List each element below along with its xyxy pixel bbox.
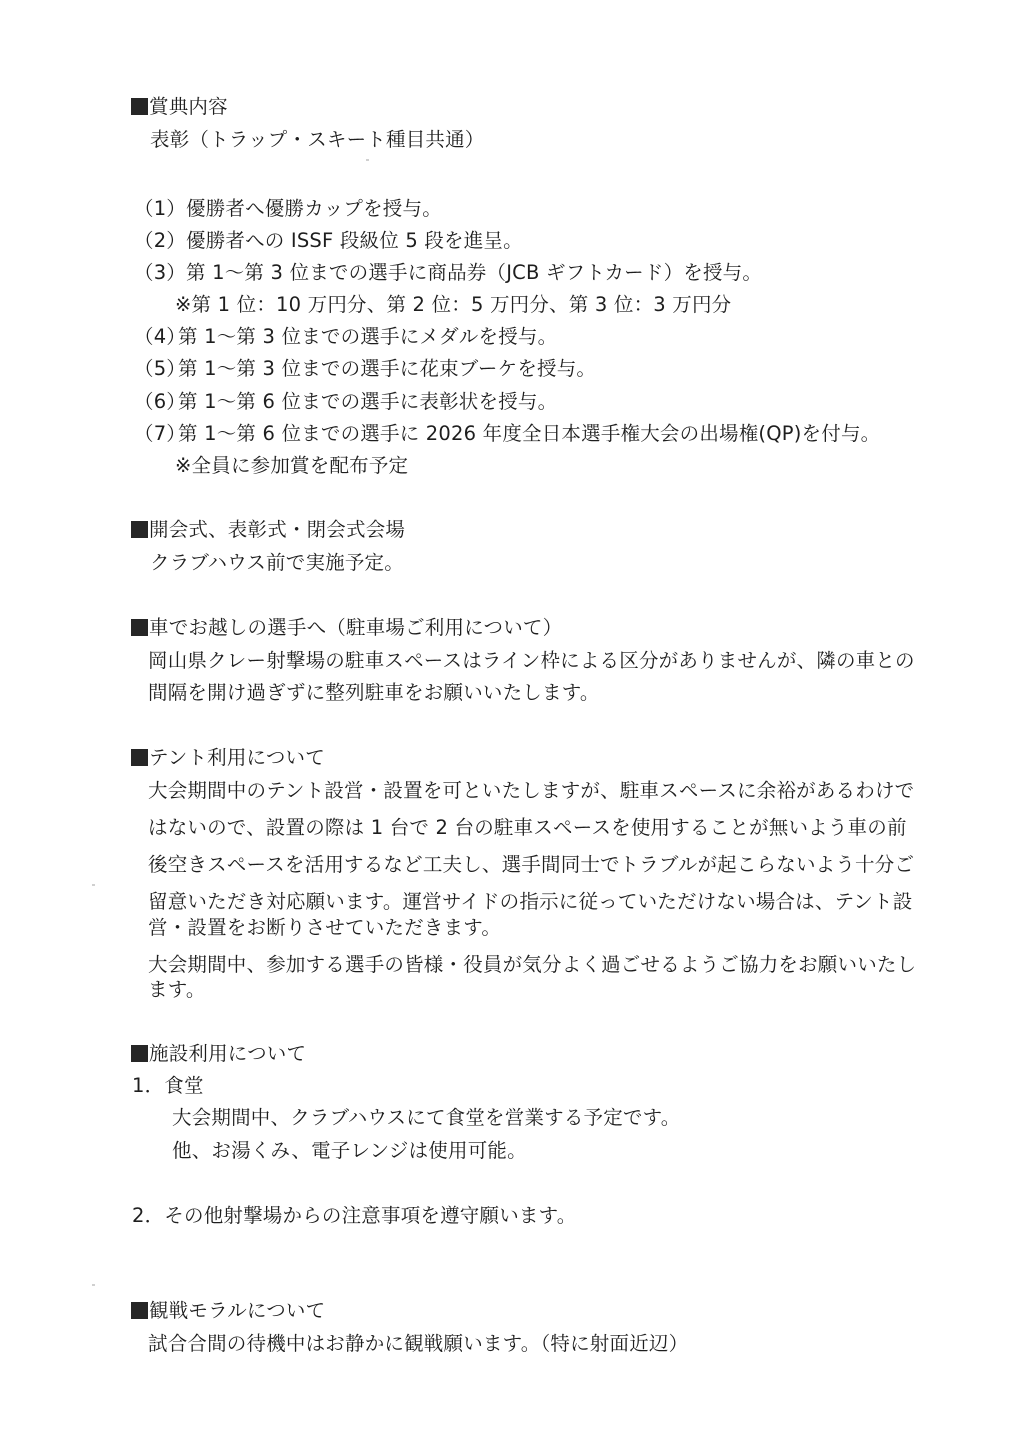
award-item-number: （6） — [134, 389, 178, 415]
facilities-item-2: 2．その他射撃場からの注意事項を遵守願います。 — [132, 1203, 576, 1229]
facilities-heading: 施設利用について — [131, 1041, 306, 1067]
award-gift-note: ※第 1 位：10 万円分、第 2 位：5 万円分、第 3 位：3 万円分 — [175, 292, 731, 318]
awards-subtitle: 表彰（トラップ・スキート種目共通） — [150, 127, 485, 153]
tent-line-4: 留意いただき対応願います。運営サイドの指示に従っていただけない場合は、テント設 — [148, 889, 912, 915]
scan-speck — [92, 884, 95, 886]
awards-heading: 賞典内容 — [131, 94, 228, 120]
tent-line-7: ます。 — [148, 977, 206, 1003]
award-participation-note: ※全員に参加賞を配布予定 — [175, 453, 408, 479]
facilities-item-1-line-2: 他、お湯くみ、電子レンジは使用可能。 — [172, 1138, 527, 1164]
parking-heading: 車でお越しの選手へ（駐車場ご利用について） — [131, 615, 562, 641]
award-item-text: 第 1～第 3 位までの選手に花束ブーケを授与。 — [178, 357, 596, 380]
award-item-number: （7） — [134, 421, 178, 447]
tent-heading: テント利用について — [131, 745, 325, 771]
award-item-3: （3）第 1～第 3 位までの選手に商品券（JCB ギフトカード）を授与。 — [134, 260, 762, 286]
scan-speck — [366, 159, 369, 161]
tent-line-1: 大会期間中のテント設営・設置を可といたしますが、駐車スペースに余裕があるわけで — [148, 778, 914, 804]
tent-line-5: 営・設置をお断りさせていただきます。 — [148, 915, 501, 941]
tent-line-3: 後空きスペースを活用するなど工夫し、選手間同士でトラブルが起こらないよう十分ご — [148, 852, 914, 878]
award-item-number: （4） — [134, 324, 178, 350]
ceremony-body: クラブハウス前で実施予定。 — [150, 550, 404, 576]
award-item-number: （2） — [134, 228, 186, 254]
parking-body-line-1: 岡山県クレー射撃場の駐車スペースはライン枠による区分がありませんが、隣の車との — [148, 648, 915, 674]
award-item-2: （2）優勝者への ISSF 段級位 5 段を進呈。 — [134, 228, 523, 254]
award-item-1: （1）優勝者へ優勝カップを授与。 — [134, 196, 442, 222]
tent-line-6: 大会期間中、参加する選手の皆様・役員が気分よく過ごせるようご協力をお願いいたし — [148, 952, 916, 978]
award-item-text: 優勝者へ優勝カップを授与。 — [186, 197, 442, 220]
award-item-number: （3） — [134, 260, 186, 286]
spectator-heading: 観戦モラルについて — [131, 1298, 325, 1324]
award-item-4: （4）第 1～第 3 位までの選手にメダルを授与。 — [134, 324, 557, 350]
award-item-5: （5）第 1～第 3 位までの選手に花束ブーケを授与。 — [134, 356, 596, 382]
award-item-text: 優勝者への ISSF 段級位 5 段を進呈。 — [186, 229, 523, 252]
scan-speck — [92, 1284, 95, 1286]
award-item-number: （1） — [134, 196, 186, 222]
document-page: 賞典内容 表彰（トラップ・スキート種目共通） （1）優勝者へ優勝カップを授与。 … — [0, 0, 1024, 1448]
award-item-7: （7）第 1～第 6 位までの選手に 2026 年度全日本選手権大会の出場権(Q… — [134, 421, 880, 447]
spectator-body: 試合合間の待機中はお静かに観戦願います。（特に射面近辺） — [148, 1331, 688, 1357]
facilities-item-1-line-1: 大会期間中、クラブハウスにて食堂を営業する予定です。 — [172, 1105, 681, 1131]
award-item-6: （6）第 1～第 6 位までの選手に表彰状を授与。 — [134, 389, 557, 415]
facilities-item-1-title: 1．食堂 — [132, 1073, 204, 1099]
award-item-text: 第 1～第 6 位までの選手に 2026 年度全日本選手権大会の出場権(QP)を… — [178, 422, 880, 445]
award-item-text: 第 1～第 3 位までの選手にメダルを授与。 — [178, 325, 557, 348]
parking-body-line-2: 間隔を開け過ぎずに整列駐車をお願いいたします。 — [148, 680, 600, 706]
tent-line-2: はないので、設置の際は 1 台で 2 台の駐車スペースを使用することが無いよう車… — [148, 815, 907, 841]
ceremony-heading: 開会式、表彰式・閉会式会場 — [131, 517, 405, 543]
award-item-number: （5） — [134, 356, 178, 382]
award-item-text: 第 1～第 6 位までの選手に表彰状を授与。 — [178, 390, 557, 413]
award-item-text: 第 1～第 3 位までの選手に商品券（JCB ギフトカード）を授与。 — [186, 261, 762, 284]
